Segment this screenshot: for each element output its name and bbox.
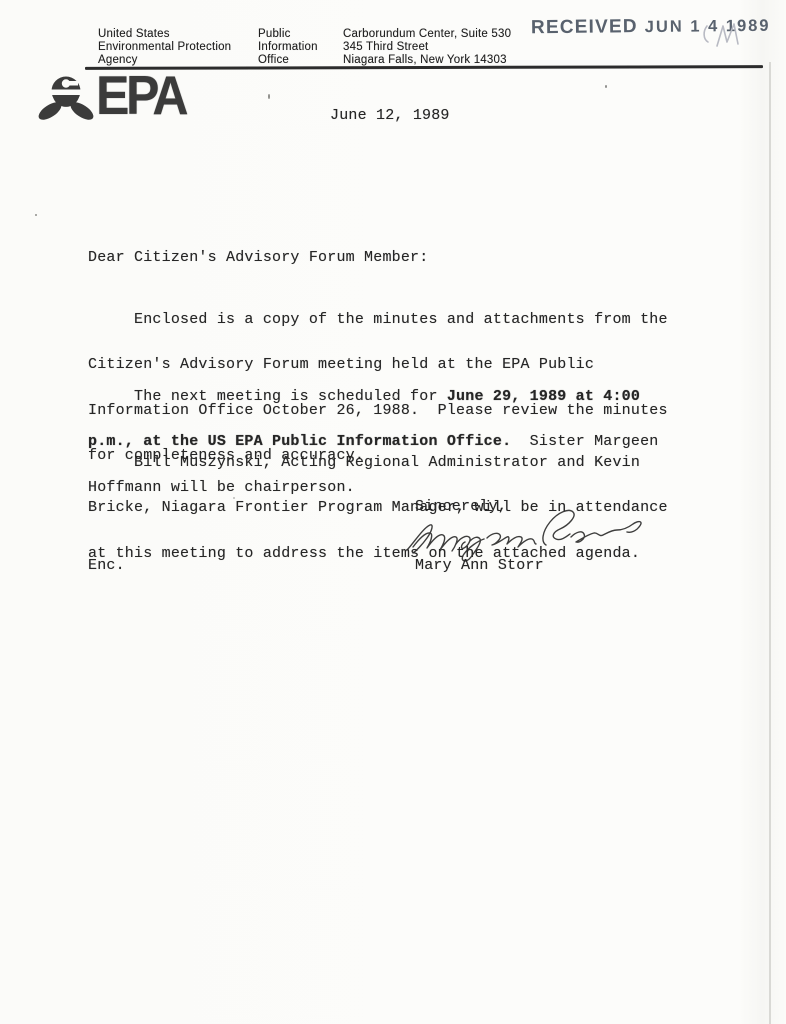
header-divider (85, 65, 763, 70)
handwritten-initial (700, 18, 746, 52)
letterhead-line: Office (258, 54, 318, 67)
letter-line: The next meeting is scheduled for June 2… (88, 389, 659, 404)
scanned-letter-page: United States Environmental Protection A… (0, 0, 786, 1024)
scan-speck (268, 94, 270, 99)
letterhead-line: 345 Third Street (343, 41, 511, 54)
scan-speck (392, 396, 394, 398)
letterhead-line: Carborundum Center, Suite 530 (343, 28, 511, 41)
epa-flower-icon (37, 75, 95, 123)
scan-edge-line (769, 62, 771, 1024)
enclosure-note: Enc. (88, 558, 125, 573)
letterhead-line: Public (258, 28, 318, 41)
letterhead-line: United States (98, 28, 231, 41)
letterhead-address: Carborundum Center, Suite 530 345 Third … (343, 28, 511, 67)
letterhead-agency: United States Environmental Protection A… (98, 28, 231, 67)
letter-date: June 12, 1989 (330, 108, 450, 123)
scan-speck (233, 497, 235, 499)
letter-line: Enclosed is a copy of the minutes and at… (88, 312, 668, 327)
letter-line: Bill Muszynski, Acting Regional Administ… (88, 455, 668, 470)
letterhead-line: Environmental Protection (98, 41, 231, 54)
signature (403, 504, 653, 562)
letterhead-line: Information (258, 41, 318, 54)
scan-speck (605, 85, 607, 88)
signer-name: Mary Ann Storr (415, 558, 544, 573)
letterhead-office: Public Information Office (258, 28, 318, 67)
meeting-details-bold: June 29, 1989 at 4:00 (447, 388, 640, 405)
scan-speck (35, 214, 37, 216)
salutation: Dear Citizen's Advisory Forum Member: (88, 250, 428, 265)
epa-logo-wordmark: EPA (96, 72, 185, 119)
received-stamp-word: RECEIVED (531, 16, 638, 38)
